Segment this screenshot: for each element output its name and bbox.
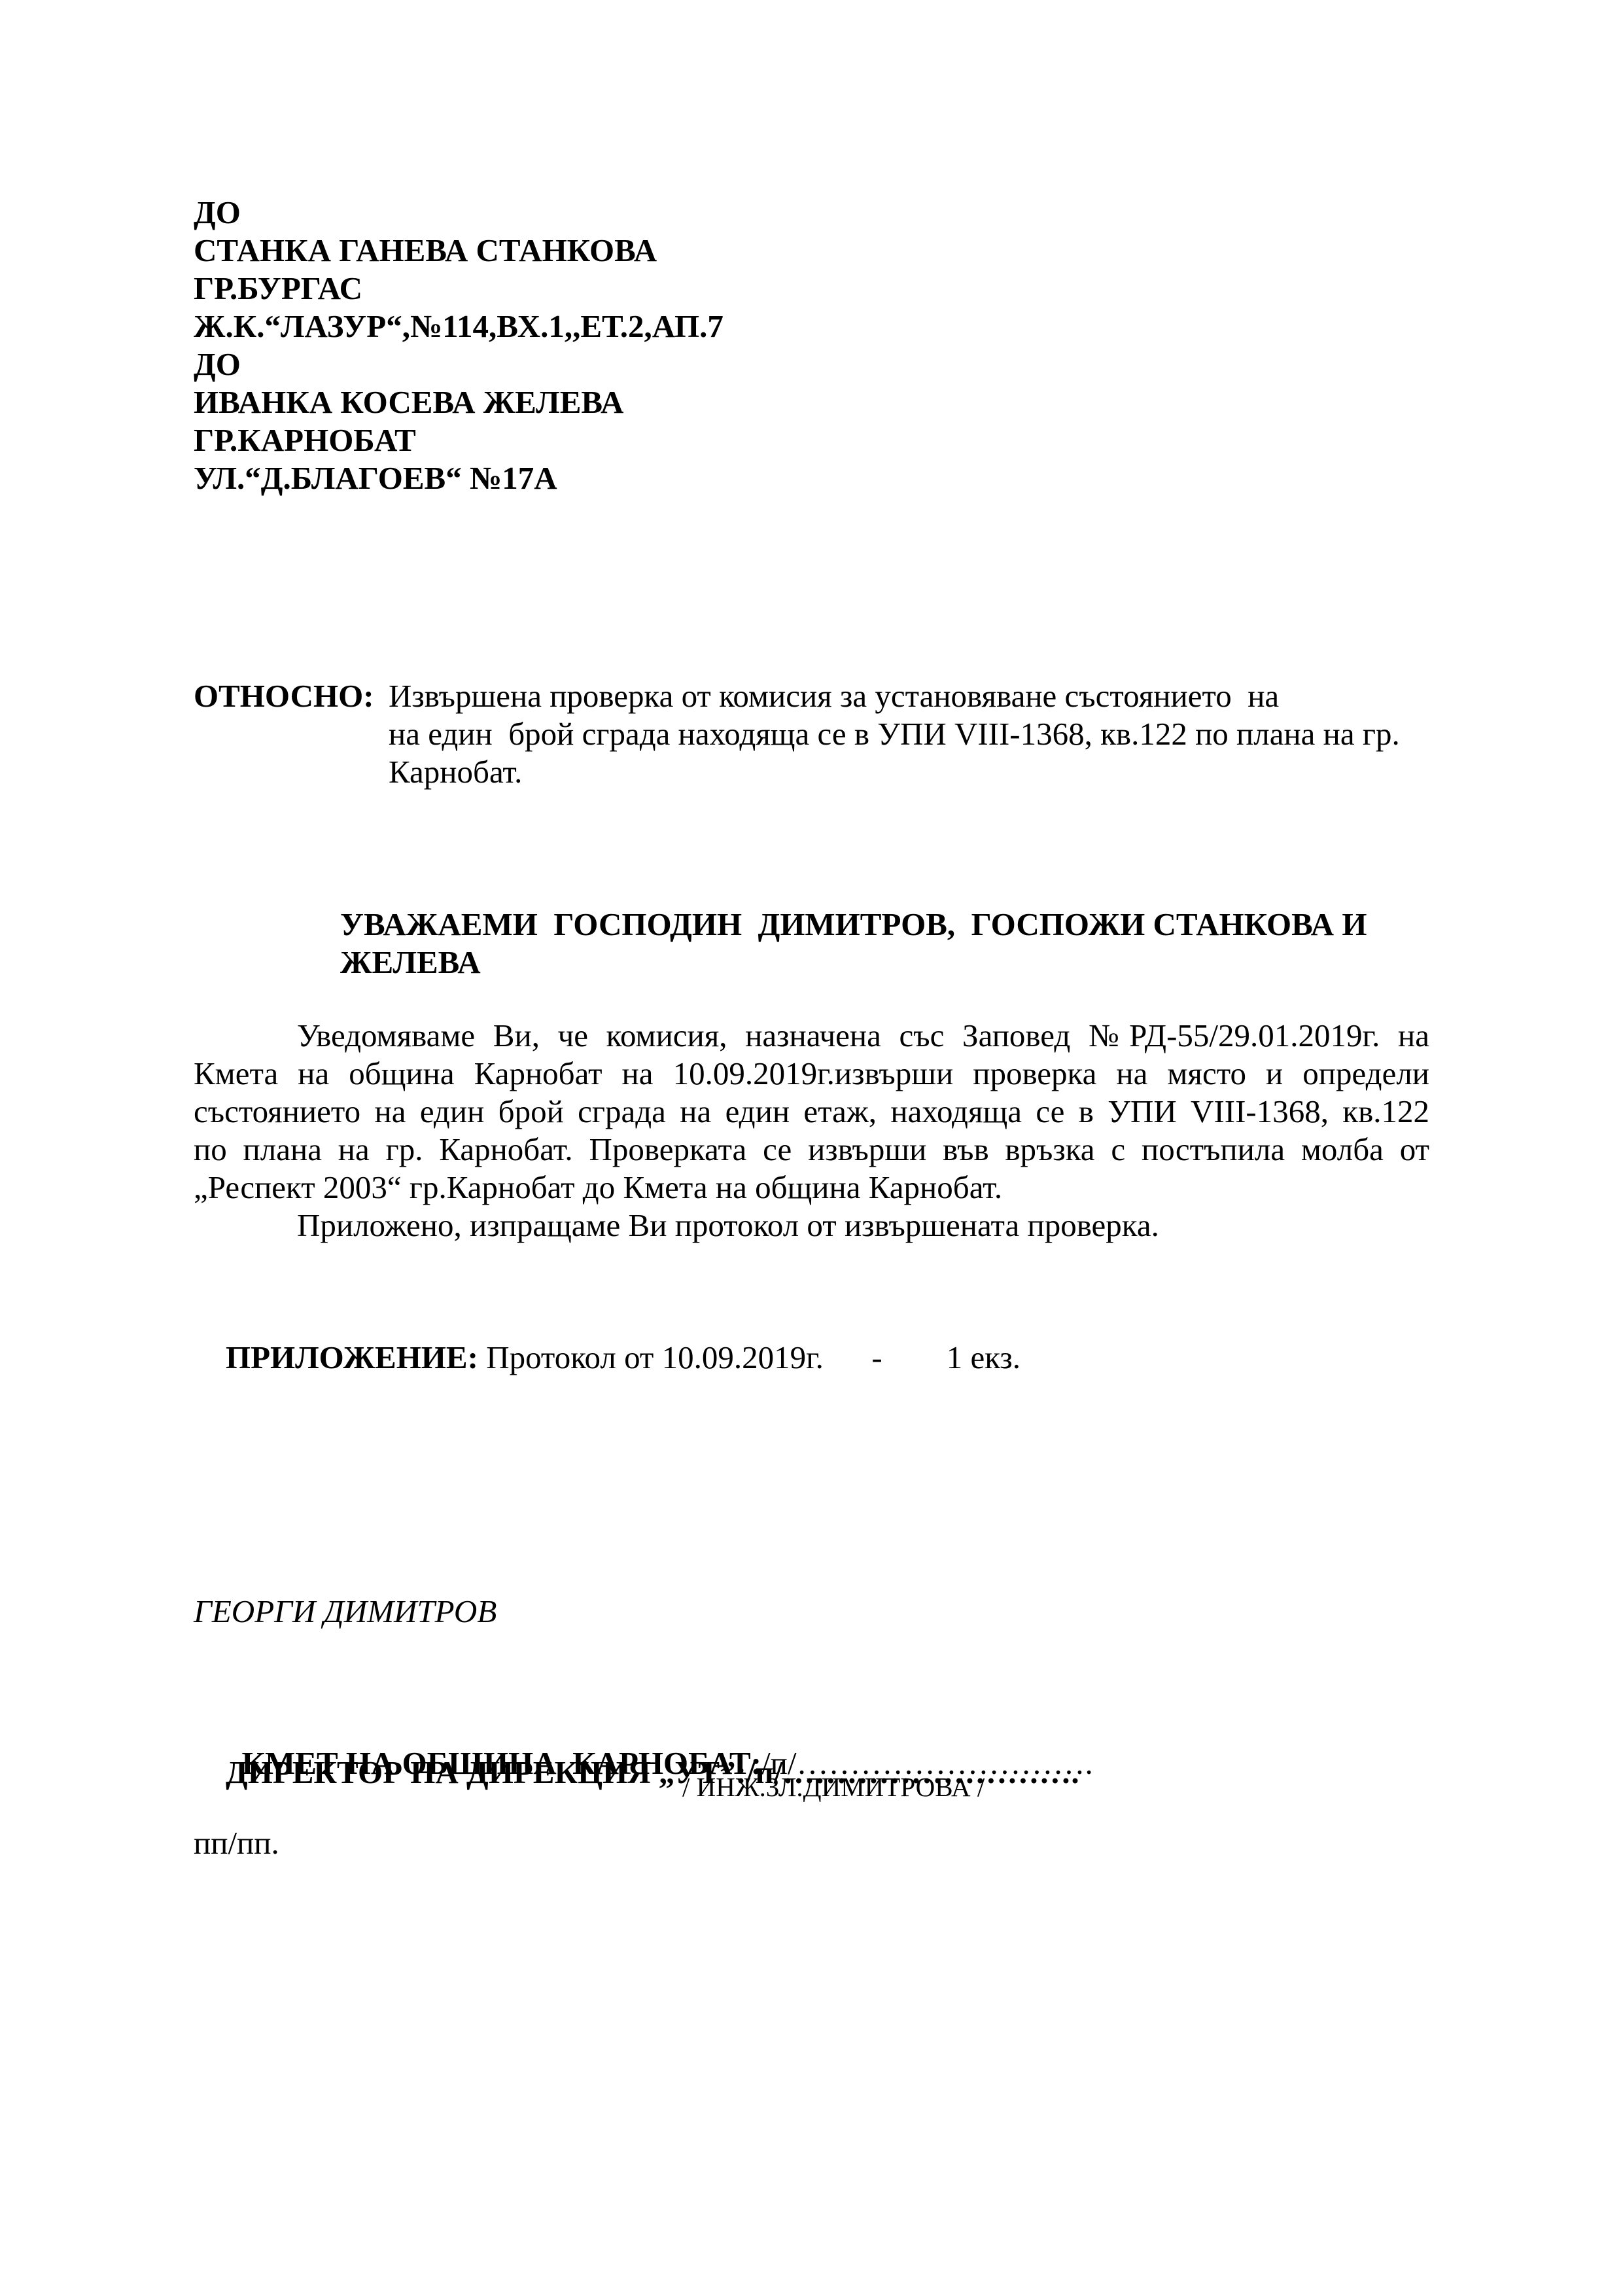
clerk-initials: пп/пп. (194, 1824, 279, 1862)
attachment-label: ПРИЛОЖЕНИЕ: (226, 1339, 478, 1375)
subject-line: Карнобат. (389, 753, 1468, 791)
salutation-line: ЖЕЛЕВА (340, 944, 1452, 981)
body-text: Уведомяваме Ви, че комисия, назначена съ… (194, 1017, 1429, 1245)
recipient-line: ГР.БУРГАС (194, 270, 724, 308)
recipient-line: СТАНКА ГАНЕВА СТАНКОВА (194, 232, 724, 270)
attachment-text: Протокол от 10.09.2019г. - 1 екз. (478, 1339, 1021, 1375)
salutation-line: УВАЖАЕМИ ГОСПОДИН ДИМИТРОВ, ГОСПОЖИ СТАН… (340, 906, 1452, 944)
salutation: УВАЖАЕМИ ГОСПОДИН ДИМИТРОВ, ГОСПОЖИ СТАН… (340, 906, 1452, 981)
body-line: Уведомяваме Ви, че комисия, назначена съ… (194, 1017, 1429, 1055)
recipient-line: ГР.КАРНОБАТ (194, 421, 724, 459)
subject-line: Извършена проверка от комисия за установ… (389, 677, 1468, 715)
mayor-name: ГЕОРГИ ДИМИТРОВ (194, 1593, 1093, 1631)
recipient-line: ДО (194, 194, 724, 232)
body-closing-line: Приложено, изпращаме Ви протокол от извъ… (194, 1207, 1429, 1245)
subject-text: Извършена проверка от комисия за установ… (389, 677, 1468, 791)
subject-label: ОТНОСНО: (194, 677, 374, 715)
body-line: „Респект 2003“ гр.Карнобат до Кмета на о… (194, 1169, 1429, 1207)
director-title: ДИРЕКТОР НА ДИРЕКЦИЯ „УТ”: (226, 1754, 746, 1790)
attachment-line: ПРИЛОЖЕНИЕ: Протокол от 10.09.2019г. - 1… (194, 1301, 1021, 1415)
subject-line: на един брой сграда находяща се в УПИ VI… (389, 715, 1468, 753)
recipient-line: ИВАНКА КОСЕВА ЖЕЛЕВА (194, 383, 724, 421)
body-line: състоянието на един брой сграда на един … (194, 1093, 1429, 1131)
recipient-line: ДО (194, 345, 724, 383)
body-line: по плана на гр. Карнобат. Проверката се … (194, 1131, 1429, 1169)
recipient-line: УЛ.“Д.БЛАГОЕВ“ №17А (194, 459, 724, 497)
mayor-signature-block: ГЕОРГИ ДИМИТРОВ КМЕТ НА ОБЩИНА КАРНОБАТ:… (194, 1517, 1093, 1896)
recipient-block: ДО СТАНКА ГАНЕВА СТАНКОВА ГР.БУРГАС Ж.К.… (194, 194, 724, 497)
body-line: Кмета на община Карнобат на 10.09.2019г.… (194, 1055, 1429, 1093)
director-name: / ИНЖ.ЗЛ.ДИМИТРОВА / (682, 1771, 985, 1803)
recipient-line: Ж.К.“ЛАЗУР“,№114,ВХ.1,,ЕТ.2,АП.7 (194, 308, 724, 345)
document-page: ДО СТАНКА ГАНЕВА СТАНКОВА ГР.БУРГАС Ж.К.… (0, 0, 1623, 2296)
